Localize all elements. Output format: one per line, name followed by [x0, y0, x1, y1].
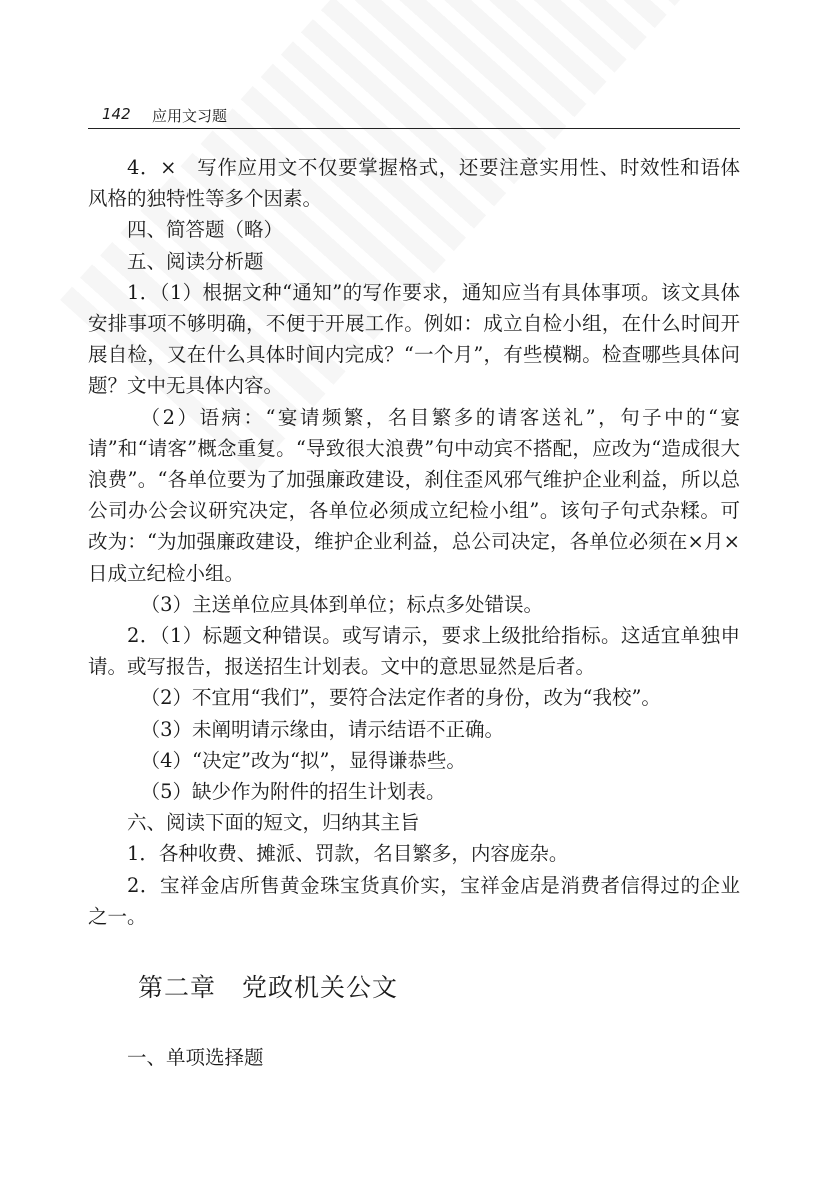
paragraph-main-idea-2: 2．宝祥金店所售黄金珠宝货真价实，宝祥金店是消费者信得过的企业之一。	[88, 870, 740, 932]
chapter-title: 党政机关公文	[242, 973, 398, 1002]
chapter-number: 第二章	[138, 973, 216, 1002]
paragraph-analysis-1-2: （2）语病：“宴请频繁，名目繁多的请客送礼”，句子中的“宴请”和“请客”概念重复…	[88, 402, 740, 589]
page-number: 142	[102, 105, 131, 123]
running-header: 142 应用文习题	[88, 104, 740, 129]
chapter-heading: 第二章党政机关公文	[88, 970, 740, 1006]
page-body: 4．× 写作应用文不仅要掌握格式，还要注意实用性、时效性和语体风格的独特性等多个…	[88, 152, 740, 1073]
section-heading: 一、单项选择题	[88, 1042, 740, 1073]
paragraph-analysis-1-1: 1．（1）根据文种“通知”的写作要求，通知应当有具体事项。该文具体安排事项不够明…	[88, 277, 740, 402]
heading-short-answer: 四、简答题（略）	[88, 214, 740, 245]
paragraph-main-idea-1: 1．各种收费、摊派、罚款，名目繁多，内容庞杂。	[88, 838, 740, 869]
heading-summarize-main-idea: 六、阅读下面的短文，归纳其主旨	[88, 807, 740, 838]
book-title: 应用文习题	[152, 105, 227, 126]
heading-reading-analysis: 五、阅读分析题	[88, 246, 740, 277]
paragraph-analysis-2-1: 2．（1）标题文种错误。或写请示，要求上级批给指标。这适宜单独申请。或写报告，报…	[88, 620, 740, 682]
paragraph-analysis-2-2: （2）不宜用“我们”，要符合法定作者的身份，改为“我校”。	[88, 682, 740, 713]
paragraph-analysis-2-3: （3）未阐明请示缘由，请示结语不正确。	[88, 714, 740, 745]
paragraph-analysis-1-3: （3）主送单位应具体到单位；标点多处错误。	[88, 589, 740, 620]
paragraph-analysis-2-5: （5）缺少作为附件的招生计划表。	[88, 776, 740, 807]
paragraph-analysis-2-4: （4）“决定”改为“拟”，显得谦恭些。	[88, 745, 740, 776]
paragraph-answer-4: 4．× 写作应用文不仅要掌握格式，还要注意实用性、时效性和语体风格的独特性等多个…	[88, 152, 740, 214]
